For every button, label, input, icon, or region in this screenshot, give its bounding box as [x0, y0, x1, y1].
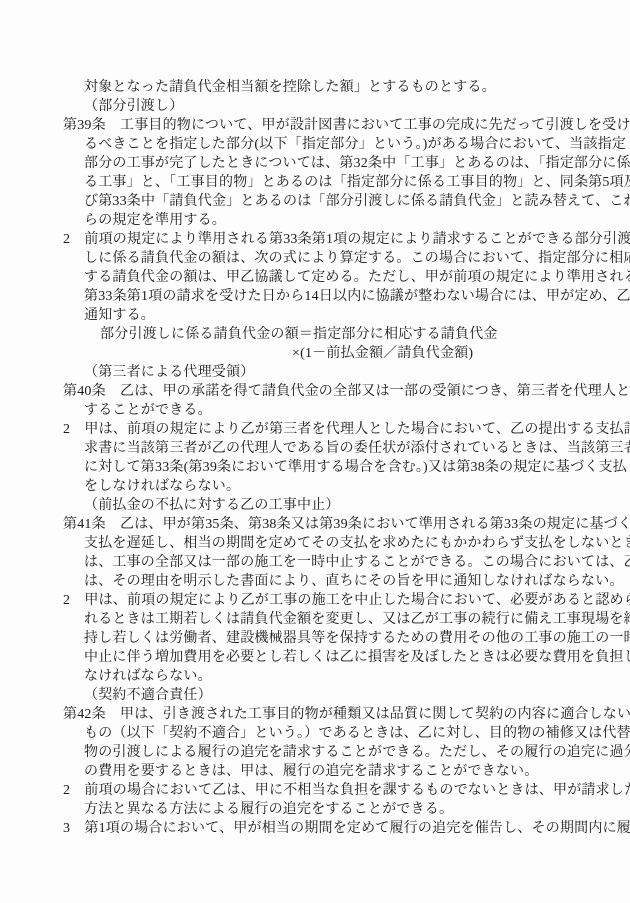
document-line: をしなければならない。 — [0, 477, 630, 496]
document-line: 通知する。 — [0, 306, 630, 325]
document-line: 2 前項の規定により準用される第33条第1項の規定により請求することができる部分… — [0, 230, 630, 249]
document-page: 対象となった請負代金相当額を控除した額」とするものとする。（部分引渡し）第39条… — [0, 0, 630, 903]
document-line: 部分引渡しに係る請負代金の額＝指定部分に相応する請負代金 — [0, 325, 630, 344]
document-line: （部分引渡し） — [0, 97, 630, 116]
document-line: （前払金の不払に対する乙の工事中止） — [0, 496, 630, 515]
document-line: は、工事の全部又は一部の施工を一時中止することができる。この場合においては、乙 — [0, 553, 630, 572]
document-line: るべきことを指定した部分(以下「指定部分」という。)がある場合において、当該指定 — [0, 135, 630, 154]
document-line: の費用を要するときは、甲は、履行の追完を請求することができない。 — [0, 762, 630, 781]
document-line: 対象となった請負代金相当額を控除した額」とするものとする。 — [0, 78, 630, 97]
contract-clauses-text: 対象となった請負代金相当額を控除した額」とするものとする。（部分引渡し）第39条… — [0, 78, 630, 838]
document-line: 持し若しくは労働者、建設機械器具等を保持するための費用その他の工事の施工の一時 — [0, 629, 630, 648]
document-line: に対して第33条(第39条において準用する場合を含む。)又は第38条の規定に基づ… — [0, 458, 630, 477]
document-line: 物の引渡しによる履行の追完を請求することができる。ただし、その履行の追完に過分 — [0, 743, 630, 762]
document-line: 第39条 工事目的物について、甲が設計図書において工事の完成に先だって引渡しを受… — [0, 116, 630, 135]
document-line: 支払を遅延し、相当の期間を定めてその支払を求めたにもかかわらず支払をしないとき — [0, 534, 630, 553]
document-line: 第41条 乙は、甲が第35条、第38条又は第39条において準用される第33条の規… — [0, 515, 630, 534]
document-line: なければならない。 — [0, 667, 630, 686]
document-line: 2 甲は、前項の規定により乙が工事の施工を中止した場合において、必要があると認め… — [0, 591, 630, 610]
document-line: 第40条 乙は、甲の承諾を得て請負代金の全部又は一部の受領につき、第三者を代理人… — [0, 382, 630, 401]
document-line: （第三者による代理受領） — [0, 363, 630, 382]
document-line: 3 第1項の場合において、甲が相当の期間を定めて履行の追完を催告し、その期間内に… — [0, 819, 630, 838]
document-line: （契約不適合責任） — [0, 686, 630, 705]
document-line: しに係る請負代金の額は、次の式により算定する。この場合において、指定部分に相応 — [0, 249, 630, 268]
document-line: 2 甲は、前項の規定により乙が第三者を代理人とした場合において、乙の提出する支払… — [0, 420, 630, 439]
document-line: る工事」と、「工事目的物」とあるのは「指定部分に係る工事目的物」と、同条第5項及 — [0, 173, 630, 192]
document-line: することができる。 — [0, 401, 630, 420]
document-line: もの（以下「契約不適合」という。）であるときは、乙に対し、目的物の補修又は代替 — [0, 724, 630, 743]
document-line: 求書に当該第三者が乙の代理人である旨の委任状が添付されているときは、当該第三者 — [0, 439, 630, 458]
document-line: 方法と異なる方法による履行の追完をすることができる。 — [0, 800, 630, 819]
document-line: は、その理由を明示した書面により、直ちにその旨を甲に通知しなければならない。 — [0, 572, 630, 591]
document-line: ×(1－前払金額／請負代金額) — [0, 344, 630, 363]
document-line: 中止に伴う増加費用を必要とし若しくは乙に損害を及ぼしたときは必要な費用を負担し — [0, 648, 630, 667]
document-line: び第33条中「請負代金」とあるのは「部分引渡しに係る請負代金」と読み替えて、これ — [0, 192, 630, 211]
document-line: 第42条 甲は、引き渡された工事目的物が種類又は品質に関して契約の内容に適合しな… — [0, 705, 630, 724]
document-line: 2 前項の場合において乙は、甲に不相当な負担を課するものでないときは、甲が請求し… — [0, 781, 630, 800]
document-line: する請負代金の額は、甲乙協議して定める。ただし、甲が前項の規定により準用される — [0, 268, 630, 287]
document-line: らの規定を準用する。 — [0, 211, 630, 230]
document-line: 第33条第1項の請求を受けた日から14日以内に協議が整わない場合には、甲が定め、… — [0, 287, 630, 306]
document-line: れるときは工期若しくは請負代金額を変更し、又は乙が工事の続行に備え工事現場を維 — [0, 610, 630, 629]
document-line: 部分の工事が完了したときについては、第32条中「工事」とあるのは、「指定部分に係 — [0, 154, 630, 173]
